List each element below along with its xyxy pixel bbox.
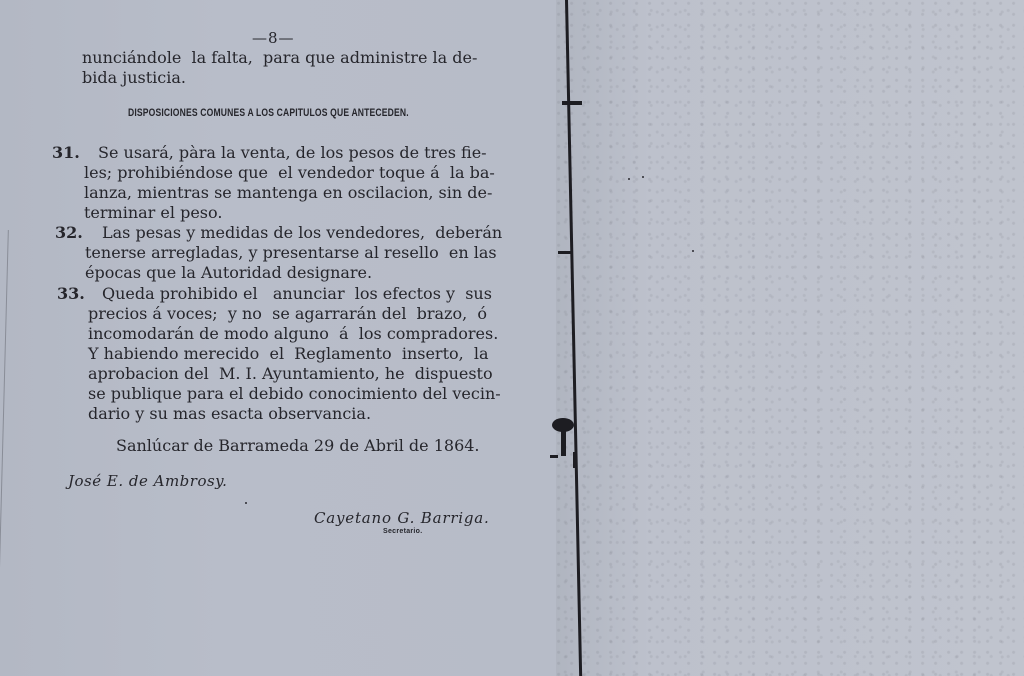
article-number: 33. bbox=[57, 284, 85, 303]
article-line: tenerse arregladas, y presentarse al res… bbox=[85, 243, 497, 263]
article-line: se publique para el debido conocimiento … bbox=[88, 384, 501, 404]
article-line: épocas que la Autoridad designare. bbox=[85, 263, 372, 283]
ink-speck bbox=[692, 250, 694, 252]
article-line: Queda prohibido el anunciar los efectos … bbox=[102, 284, 492, 304]
signature-right: Cayetano G. Barriga. bbox=[314, 509, 490, 527]
binding-ink-blot bbox=[561, 430, 566, 456]
ink-speck bbox=[245, 502, 247, 504]
binding-stitch-mark bbox=[562, 101, 582, 105]
ink-show-through bbox=[556, 0, 1024, 676]
article-line: Las pesas y medidas de los vendedores, d… bbox=[102, 223, 502, 243]
continuation-line: bida justicia. bbox=[82, 68, 512, 88]
page-number: —8— bbox=[252, 29, 295, 47]
article-line: Y habiendo merecido el Reglamento insert… bbox=[88, 344, 489, 364]
signature-left: José E. de Ambrosy. bbox=[68, 472, 227, 490]
continuation-line: nunciándole la falta, para que administr… bbox=[82, 48, 512, 68]
ink-speck bbox=[642, 176, 644, 178]
article-line: aprobacion del M. I. Ayuntamiento, he di… bbox=[88, 364, 493, 384]
article-line: terminar el peso. bbox=[84, 203, 222, 223]
signature-title: Secretario. bbox=[383, 528, 423, 535]
article-line: incomodarán de modo alguno á los comprad… bbox=[88, 324, 498, 344]
ink-speck bbox=[628, 178, 630, 180]
article-line: precios á voces; y no se agarrarán del b… bbox=[88, 304, 487, 324]
article-line: lanza, mientras se mantenga en oscilacio… bbox=[84, 183, 492, 203]
section-heading: DISPOSICIONES COMUNES A LOS CAPITULOS QU… bbox=[128, 107, 409, 119]
binding-stitch-mark bbox=[558, 251, 572, 254]
place-and-date: Sanlúcar de Barrameda 29 de Abril de 186… bbox=[116, 436, 480, 455]
binding-stitch-mark bbox=[550, 455, 558, 458]
article-line: dario y su mas esacta observancia. bbox=[88, 404, 371, 424]
article-line: Se usará, pàra la venta, de los pesos de… bbox=[98, 143, 487, 163]
binding-ink-blot bbox=[573, 452, 576, 468]
article-line: les; prohibiéndose que el vendedor toque… bbox=[84, 163, 495, 183]
article-number: 32. bbox=[55, 223, 83, 242]
article-number: 31. bbox=[52, 143, 80, 162]
